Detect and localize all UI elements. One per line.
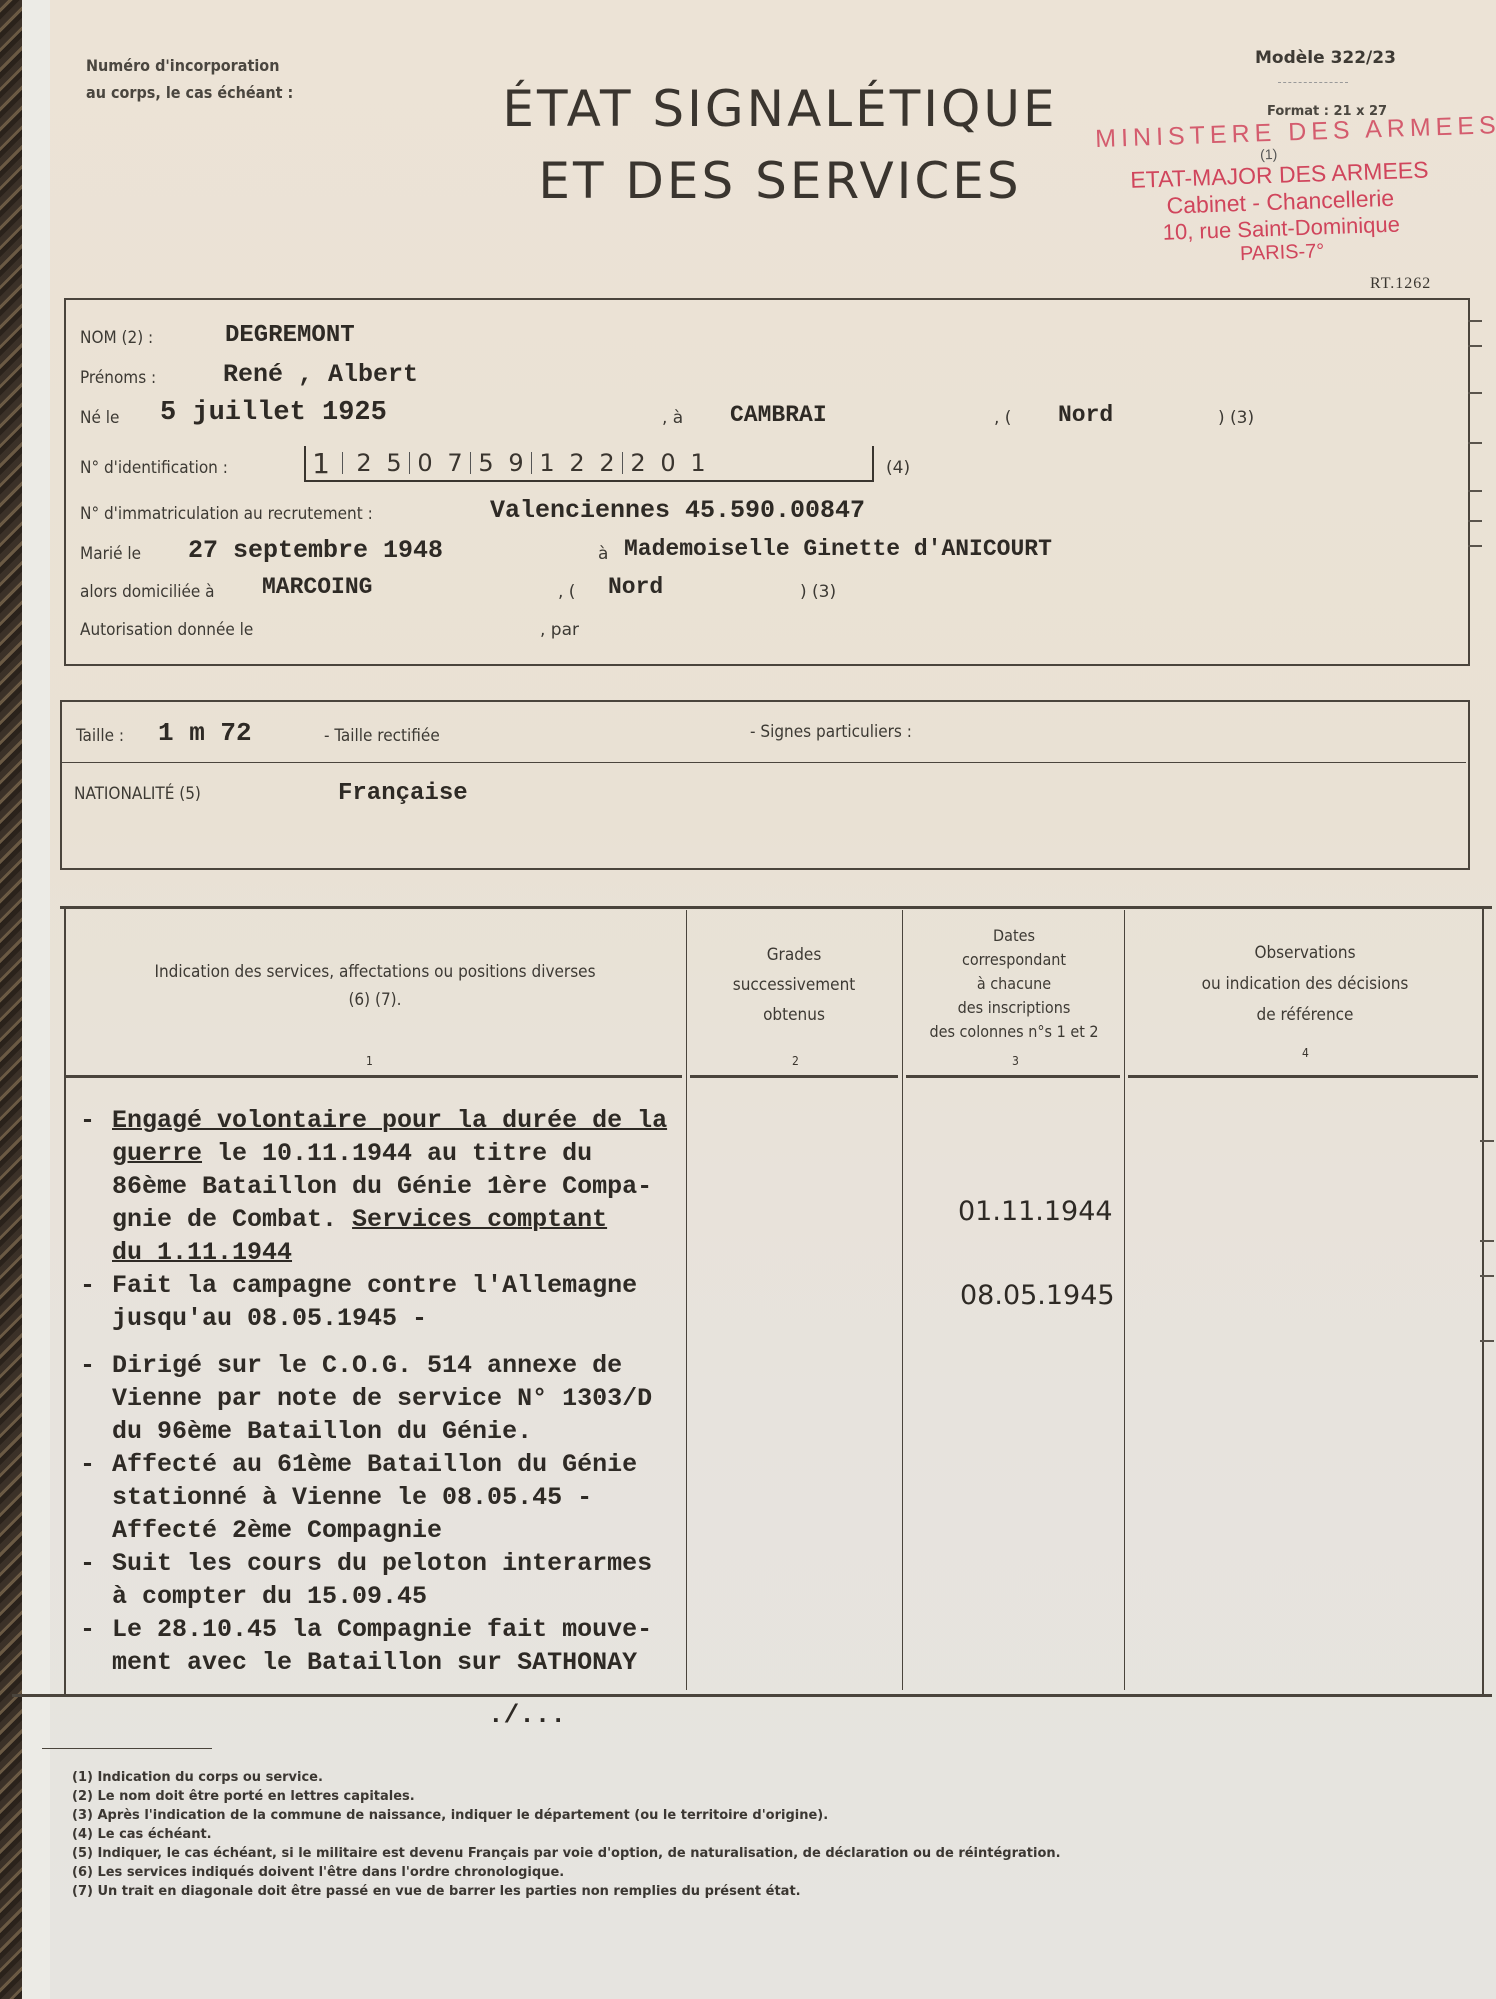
- entry-text: ment avec le Bataillon sur SATHONAY: [112, 1646, 700, 1679]
- column-header-dates-line: Dates: [904, 924, 1124, 948]
- column-header-grades-line: obtenus: [690, 1000, 898, 1030]
- service-entry: - Suit les cours du peloton interarmes à…: [80, 1547, 700, 1613]
- head-underline-3: [906, 1075, 1120, 1078]
- table-left-border: [64, 906, 66, 1694]
- page-margin: [22, 0, 52, 1999]
- id-label: N° d'identification :: [80, 458, 228, 478]
- col-divider-3: [1124, 910, 1125, 1690]
- id-digit: 0: [410, 449, 440, 477]
- binder-edge: [0, 0, 22, 1999]
- entry-text: Vienne par note de service N° 1303/D: [112, 1382, 700, 1415]
- column-header-services-line1: Indication des services, affectations ou…: [70, 960, 680, 984]
- entry-text: guerre: [112, 1139, 202, 1168]
- incorporation-label-line1: Numéro d'incorporation: [86, 52, 293, 79]
- head-underline-2: [690, 1075, 898, 1078]
- marie-le-label: Marié le: [80, 544, 141, 564]
- birth-dept: Nord: [1058, 402, 1113, 428]
- entry-text: Affecté 2ème Compagnie: [112, 1514, 700, 1547]
- bullet-dash: -: [80, 1269, 95, 1302]
- column-header-services: Indication des services, affectations ou…: [70, 960, 680, 1012]
- model-number: Modèle 322/23: [1255, 48, 1396, 68]
- incorporation-label-line2: au corps, le cas échéant :: [86, 79, 293, 106]
- column-header-grades: Grades successivement obtenus: [690, 940, 898, 1030]
- services-entries: - Engagé volontaire pour la durée de la …: [80, 1104, 700, 1679]
- entry-text: Fait la campagne contre l'Allemagne: [112, 1269, 700, 1302]
- footnote-item: (2) Le nom doit être porté en lettres ca…: [72, 1787, 1061, 1806]
- id-digit: 1: [683, 449, 713, 477]
- table-right-border: [1482, 906, 1484, 1696]
- spouse-name: Mademoiselle Ginette d'ANICOURT: [624, 536, 1052, 562]
- margin-tick: [1468, 490, 1482, 492]
- footnotes: (1) Indication du corps ou service. (2) …: [72, 1768, 1061, 1901]
- service-entry: - Engagé volontaire pour la durée de la …: [80, 1104, 700, 1269]
- marriage-date: 27 septembre 1948: [188, 536, 443, 565]
- entry-text: Dirigé sur le C.O.G. 514 annexe de: [112, 1349, 700, 1382]
- taille-rectifiee-label: - Taille rectifiée: [324, 726, 440, 746]
- ne-le-label: Né le: [80, 408, 119, 428]
- margin-tick: [1468, 545, 1482, 547]
- head-underline-1: [66, 1075, 682, 1078]
- bullet-dash: -: [80, 1547, 95, 1580]
- matricule-value: Valenciennes 45.590.00847: [490, 496, 865, 525]
- nationalite-value: Française: [338, 780, 468, 807]
- physical-divider: [62, 762, 1466, 763]
- birth-date: 5 juillet 1925: [160, 398, 387, 428]
- margin-tick: [1480, 1140, 1494, 1142]
- entry-text: du 1.11.1944: [112, 1238, 292, 1267]
- identity-section: [64, 298, 1470, 666]
- column-number-2: 2: [792, 1054, 799, 1068]
- birth-dept-close: ) (3): [1218, 408, 1254, 428]
- table-top-border: [60, 906, 1492, 909]
- nationalite-label: NATIONALITÉ (5): [74, 784, 201, 804]
- ministry-stamp: MINISTERE DES ARMEES (1) ETAT-MAJOR DES …: [1058, 110, 1496, 273]
- entry-text: du 96ème Bataillon du Génie.: [112, 1415, 700, 1448]
- column-header-dates: Dates correspondant à chacune des inscri…: [904, 924, 1124, 1044]
- service-entry: - Affecté au 61ème Bataillon du Génie st…: [80, 1448, 700, 1547]
- bullet-dash: -: [80, 1104, 95, 1137]
- column-number-1: 1: [366, 1054, 373, 1068]
- column-header-grades-line: successivement: [690, 970, 898, 1000]
- column-header-observations-line: Observations: [1130, 938, 1480, 969]
- incorporation-label: Numéro d'incorporation au corps, le cas …: [86, 52, 293, 106]
- column-header-dates-line: des inscriptions: [904, 996, 1124, 1020]
- domicile-dept: Nord: [608, 574, 663, 600]
- domicile-value: MARCOING: [262, 574, 372, 600]
- id-digit: 1: [306, 447, 336, 480]
- title-line1: ÉTAT SIGNALÉTIQUE: [430, 80, 1130, 138]
- entry-text: gnie de Combat.: [112, 1205, 352, 1234]
- prenoms-value: René , Albert: [223, 360, 418, 389]
- column-header-dates-line: correspondant: [904, 948, 1124, 972]
- col-divider-2: [902, 910, 903, 1690]
- footnote-item: (6) Les services indiqués doivent l'être…: [72, 1863, 1061, 1882]
- margin-tick: [1480, 1275, 1494, 1277]
- id-digit: 2: [623, 449, 653, 477]
- date-entry-1: 01.11.1944: [958, 1196, 1113, 1227]
- column-number-3: 3: [1012, 1054, 1019, 1068]
- footnote-item: (1) Indication du corps ou service.: [72, 1768, 1061, 1787]
- footnote-item: (4) Le cas échéant.: [72, 1825, 1061, 1844]
- id-note: (4): [886, 458, 910, 478]
- bullet-dash: -: [80, 1613, 95, 1646]
- domicile-dept-open: , (: [558, 582, 575, 602]
- id-digit: 7: [440, 449, 470, 477]
- column-header-observations-line: de référence: [1130, 1000, 1480, 1031]
- margin-tick: [1468, 392, 1482, 394]
- autorisation-label: Autorisation donnée le: [80, 620, 253, 640]
- entry-text: jusqu'au 08.05.1945 -: [112, 1302, 700, 1335]
- model-divider: [1278, 82, 1348, 83]
- entry-text: Services comptant: [352, 1205, 607, 1234]
- service-entry: - Le 28.10.45 la Compagnie fait mouve- m…: [80, 1613, 700, 1679]
- bullet-dash: -: [80, 1448, 95, 1481]
- footnote-item: (5) Indiquer, le cas échéant, si le mili…: [72, 1844, 1061, 1863]
- column-number-4: 4: [1302, 1046, 1309, 1060]
- birth-dept-open: , (: [994, 408, 1011, 428]
- taille-label: Taille :: [76, 726, 124, 746]
- date-entry-2: 08.05.1945: [960, 1280, 1115, 1311]
- spouse-prefix: à: [598, 544, 608, 564]
- entry-text: Le 28.10.45 la Compagnie fait mouve-: [112, 1613, 700, 1646]
- id-digit: 1: [532, 449, 562, 477]
- column-header-dates-line: à chacune: [904, 972, 1124, 996]
- margin-tick: [1468, 320, 1482, 322]
- matricule-label: N° d'immatriculation au recrutement :: [80, 504, 373, 524]
- column-header-services-line2: (6) (7).: [70, 988, 680, 1012]
- margin-tick: [1468, 345, 1482, 347]
- entry-text: stationné à Vienne le 08.05.45 -: [112, 1481, 700, 1514]
- id-digit: 9: [501, 449, 531, 477]
- column-header-observations-line: ou indication des décisions: [1130, 969, 1480, 1000]
- entry-text: à compter du 15.09.45: [112, 1580, 700, 1613]
- prenoms-label: Prénoms :: [80, 368, 156, 388]
- footnote-separator: [42, 1748, 212, 1749]
- domicile-label: alors domiciliée à: [80, 582, 215, 602]
- document-page: Numéro d'incorporation au corps, le cas …: [50, 0, 1496, 1999]
- id-digit: 0: [653, 449, 683, 477]
- service-entry: - Fait la campagne contre l'Allemagne ju…: [80, 1269, 700, 1335]
- bullet-dash: -: [80, 1349, 95, 1382]
- entry-text: Affecté au 61ème Bataillon du Génie: [112, 1448, 700, 1481]
- reference-number: RT.1262: [1370, 275, 1431, 293]
- margin-tick: [1468, 442, 1482, 444]
- column-header-dates-line: des colonnes n°s 1 et 2: [904, 1020, 1124, 1044]
- nom-value: DEGREMONT: [225, 322, 355, 349]
- footnote-item: (3) Après l'indication de la commune de …: [72, 1806, 1061, 1825]
- domicile-dept-close: ) (3): [800, 582, 836, 602]
- id-digit: 5: [471, 449, 501, 477]
- id-digit: 2: [562, 449, 592, 477]
- id-digit: 2: [592, 449, 622, 477]
- margin-tick: [1480, 1240, 1494, 1242]
- nom-label: NOM (2) :: [80, 328, 153, 348]
- entry-text: 86ème Bataillon du Génie 1ère Compa-: [112, 1172, 652, 1201]
- table-bottom-border: [12, 1694, 1492, 1697]
- entry-text: le 10.11.1944 au titre du: [202, 1139, 592, 1168]
- entry-text: Engagé volontaire pour la durée de la: [112, 1106, 667, 1135]
- birth-place-prefix: , à: [662, 408, 683, 428]
- continuation-marker: ./...: [488, 1700, 566, 1730]
- margin-tick: [1480, 1340, 1494, 1342]
- identification-number: 1 2 5 0 7 5 9 1 2 2 2 0 1: [304, 446, 874, 482]
- head-underline-4: [1128, 1075, 1478, 1078]
- service-entry: - Dirigé sur le C.O.G. 514 annexe de Vie…: [80, 1349, 700, 1448]
- birth-place: CAMBRAI: [730, 402, 827, 428]
- column-header-observations: Observations ou indication des décisions…: [1130, 938, 1480, 1031]
- footnote-item: (7) Un trait en diagonale doit être pass…: [72, 1882, 1061, 1901]
- margin-tick: [1468, 520, 1482, 522]
- autorisation-par: , par: [540, 620, 579, 640]
- entry-text: Suit les cours du peloton interarmes: [112, 1547, 700, 1580]
- id-digit: 5: [379, 449, 409, 477]
- taille-value: 1 m 72: [158, 718, 252, 748]
- id-digit: 2: [349, 449, 379, 477]
- column-header-grades-line: Grades: [690, 940, 898, 970]
- signes-particuliers-label: - Signes particuliers :: [750, 722, 912, 742]
